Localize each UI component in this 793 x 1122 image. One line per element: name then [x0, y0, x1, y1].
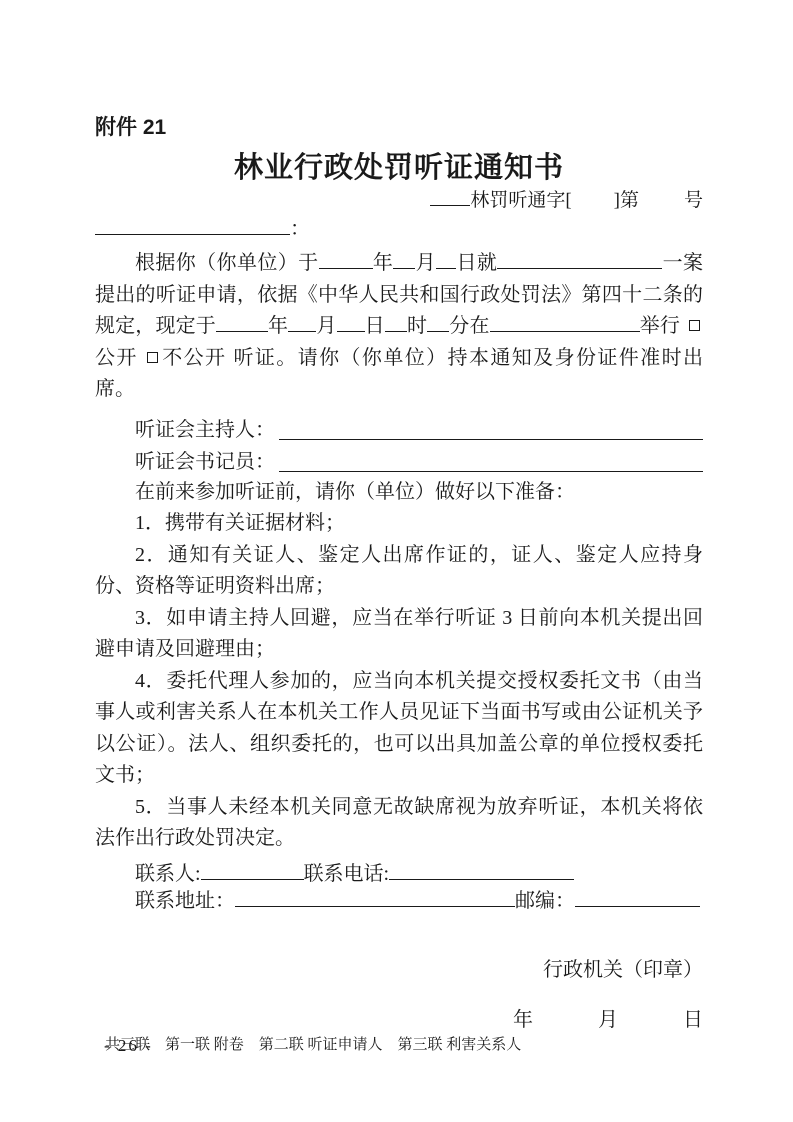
date-day-label: 日 — [683, 1009, 703, 1031]
text-segment: 举行 — [640, 315, 680, 337]
paragraph-hearing-info: 根据你（你单位）于年月日就一案提出的听证申请，依据《中华人民共和国行政处罚法》第… — [95, 248, 703, 406]
text-segment: 根据你（你单位）于 — [135, 252, 319, 274]
blank-hearing-day — [337, 329, 365, 332]
text-segment: 月 — [415, 252, 436, 274]
attachment-label: 附件 21 — [95, 116, 703, 140]
checkbox-not-public-label: 不公开 — [161, 347, 227, 369]
hearing-host-line: 听证会主持人： — [135, 413, 703, 445]
document-page: 附件 21 林业行政处罚听证通知书 林罚听通字[]第号 ： 根据你（你单位）于年… — [0, 0, 793, 1122]
blank-hearing-place — [490, 329, 640, 332]
hearing-host-label: 听证会主持人： — [135, 413, 275, 442]
prep-item-2: 2．通知有关证人、鉴定人出席作证的，证人、鉴定人应持身份、资格等证明资料出席； — [95, 540, 703, 603]
contact-address-blank — [235, 904, 515, 907]
text-segment: 分在 — [449, 315, 489, 337]
contact-address-line: 联系地址：邮编： — [135, 888, 703, 915]
text-segment: 年 — [373, 252, 394, 274]
prep-item-4: 4．委托代理人参加的，应当向本机关提交授权委托文书（由当事人或利害关系人在本机关… — [95, 666, 703, 792]
text-segment: 月 — [316, 315, 336, 337]
prep-item-5: 5．当事人未经本机关同意无故缺席视为放弃听证，本机关将依法作出行政处罚决定。 — [95, 792, 703, 855]
doc-number-prefix-blank — [430, 203, 470, 206]
doc-number-line: 林罚听通字[]第号 — [95, 188, 703, 214]
text-segment: 时 — [407, 315, 427, 337]
hearing-clerk-label: 听证会书记员： — [135, 445, 275, 474]
text-segment: 日 — [365, 315, 385, 337]
blank-apply-day — [436, 266, 456, 269]
copies-note: 共三联 第一联 附卷 第二联 听证申请人 第三联 利害关系人 — [105, 1034, 703, 1056]
checkbox-not-public-icon — [147, 352, 158, 363]
contact-person-line: 联系人:联系电话: — [135, 861, 703, 888]
doc-number-bracket-close: ]第 — [614, 190, 639, 211]
blank-apply-month — [393, 266, 415, 269]
prep-item-1: 1．携带有关证据材料； — [95, 508, 703, 540]
text-segment: 年 — [268, 315, 288, 337]
text-segment: 日就 — [456, 252, 497, 274]
addressee-line: ： — [95, 214, 703, 244]
addressee-blank — [95, 232, 290, 235]
blank-apply-year — [319, 266, 373, 269]
contact-address-label: 联系地址： — [135, 890, 235, 912]
preparation-intro: 在前来参加听证前，请你（单位）做好以下准备： — [95, 477, 703, 509]
issuing-authority-line: 行政机关（印章） — [95, 957, 703, 983]
contact-person-blank — [201, 877, 304, 880]
doc-number-suffix: 号 — [684, 190, 703, 211]
blank-hearing-minute — [427, 329, 449, 332]
contact-person-label: 联系人: — [135, 863, 201, 885]
hearing-clerk-line: 听证会书记员： — [135, 445, 703, 477]
blank-hearing-year — [216, 329, 268, 332]
postcode-blank — [575, 904, 700, 907]
prep-item-3: 3．如申请主持人回避，应当在举行听证 3 日前向本机关提出回避申请及回避理由； — [95, 603, 703, 666]
blank-case-name — [497, 266, 662, 269]
contact-phone-blank — [389, 877, 574, 880]
blank-hearing-month — [288, 329, 316, 332]
checkbox-public-label: 公开 — [95, 347, 138, 369]
checkbox-public-icon — [689, 320, 700, 331]
page-title: 林业行政处罚听证通知书 — [95, 150, 703, 186]
blank-hearing-hour — [385, 329, 407, 332]
page-number: - 26 - — [104, 1036, 153, 1056]
addressee-colon: ： — [290, 218, 310, 240]
postcode-label: 邮编： — [515, 890, 575, 912]
issue-date-line: 年月日 — [95, 1007, 703, 1033]
date-year-label: 年 — [513, 1009, 533, 1031]
date-month-label: 月 — [598, 1009, 618, 1031]
contact-phone-label: 联系电话: — [304, 863, 390, 885]
doc-number-text: 林罚听通字[ — [470, 190, 571, 211]
hearing-host-blank — [279, 437, 703, 440]
hearing-clerk-blank — [279, 469, 703, 472]
